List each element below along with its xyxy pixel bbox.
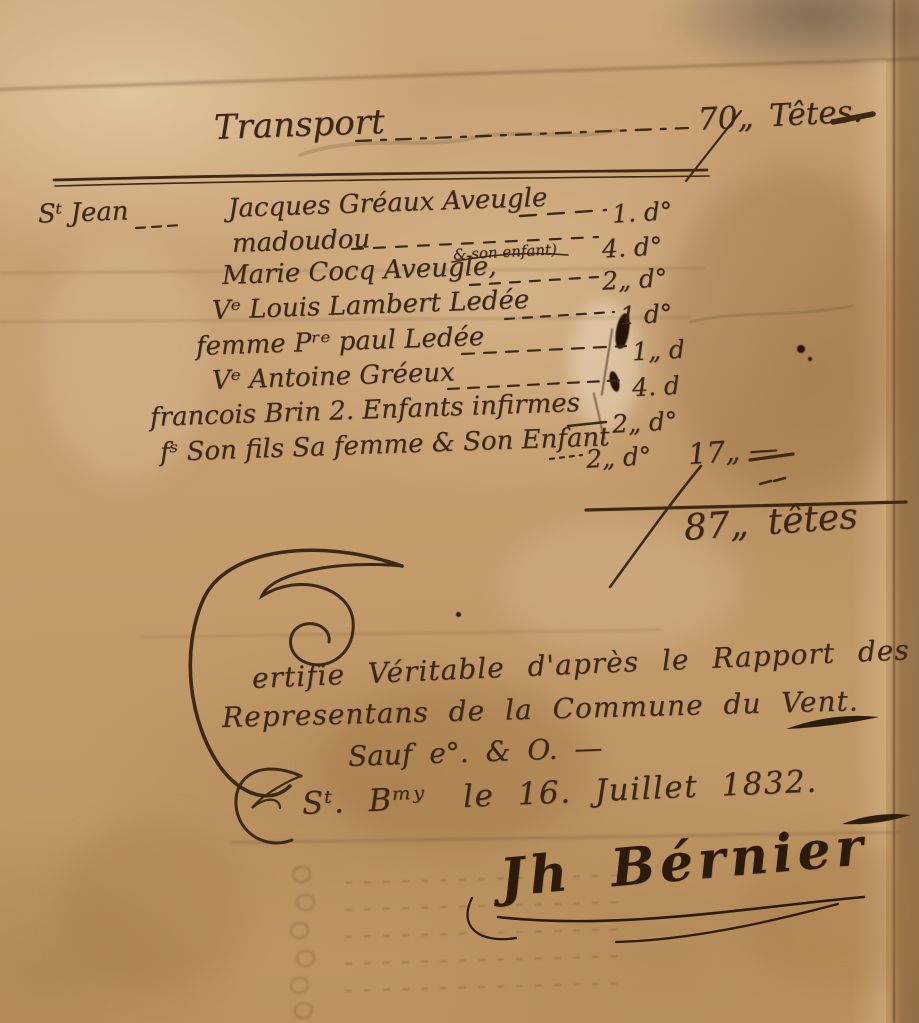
ledger-row: femme Pʳᵉ paul Ledée [195,322,484,362]
ink-blot [456,612,461,617]
entry-qty: 4. d [631,371,680,402]
qty-value: 1. [611,198,636,228]
qty-value: 4. [601,233,626,263]
ledger-row: madoudou [231,224,370,259]
bleed-through-marks [345,982,625,992]
double-rule [54,170,707,180]
entry-name: femme Pʳᵉ paul Ledée [195,322,484,362]
qty-value: 4. [631,372,656,402]
qty-value: 1 [619,301,636,331]
carry-forward-label: Transport [213,102,385,148]
section-label: Sᵗ Jean [38,196,130,229]
qty-unit: d [663,371,681,401]
bleed-through-marks [345,901,625,911]
carry-unit: Têtes. [768,93,863,134]
dateline-paraph-coil [252,776,301,808]
bleed-through-figure [294,1002,313,1019]
qty-unit: d° [648,406,678,436]
qty-unit: d [668,335,686,365]
dateline-place: Sᵗ. Bᵐʸ [301,781,426,822]
ink-blot [808,357,812,361]
leader-line [550,455,582,459]
entry-name: madoudou [231,224,370,259]
manuscript-page: Transport 70„ Têtes. Sᵗ Jean Jacques Gré… [0,0,919,1023]
qty-unit: d° [622,441,652,471]
entry-note: & son enfant) [453,240,558,263]
leader-line [356,128,688,141]
double-rule [55,176,709,186]
entry-qty: 2„ d° [611,406,678,438]
bleed-through-figure [292,866,311,883]
bleed-through-figure [290,977,309,994]
flourish-initial-c-coil [262,564,402,664]
page-total: 17„ — [687,431,779,471]
qty-unit: d° [638,263,668,293]
entry-name: Vᵉ Antoine Gréeux [211,358,455,396]
qty-value: 2„ [611,408,641,438]
bleed-through-figure [296,950,315,967]
ink-blot [797,345,805,353]
bleed-through-figure [290,922,309,939]
qty-unit: d° [643,299,673,329]
entry-qty: 1„ d [631,335,685,367]
grand-total-unit: têtes [766,496,859,543]
carry-forward-line: Transport [213,102,385,148]
entry-name: Jacques Gréaux Aveugle [227,183,547,224]
bleed-through-figure [296,894,315,911]
carry-amount: 70„ [697,99,754,138]
qty-value: 1„ [631,336,661,366]
dateline-paraph [236,769,301,843]
entry-qty: 4. d° [601,231,663,263]
entry-qty: 2„ d° [585,441,652,473]
bleed-through-marks [345,955,625,965]
qty-value: 2„ [585,443,615,473]
qty-unit: d° [633,231,663,261]
leader-line [136,225,182,228]
ledger-row: Vᵉ Antoine Gréeux [211,358,455,396]
carry-forward-amount: 70„ Têtes. [697,93,863,138]
qty-unit: d° [643,196,673,226]
entry-qty: 1. d° [611,196,673,228]
qty-value: 2„ [601,265,631,295]
entry-qty: 2„ d° [601,263,668,295]
bleed-through-marks [345,928,625,938]
grand-total: 87„ têtes [683,496,859,549]
stain [60,820,250,990]
ledger-row: Jacques Gréaux Aveugle [227,183,547,224]
grand-total-amount: 87„ [683,504,750,549]
entry-qty: 1 d° [619,299,673,331]
